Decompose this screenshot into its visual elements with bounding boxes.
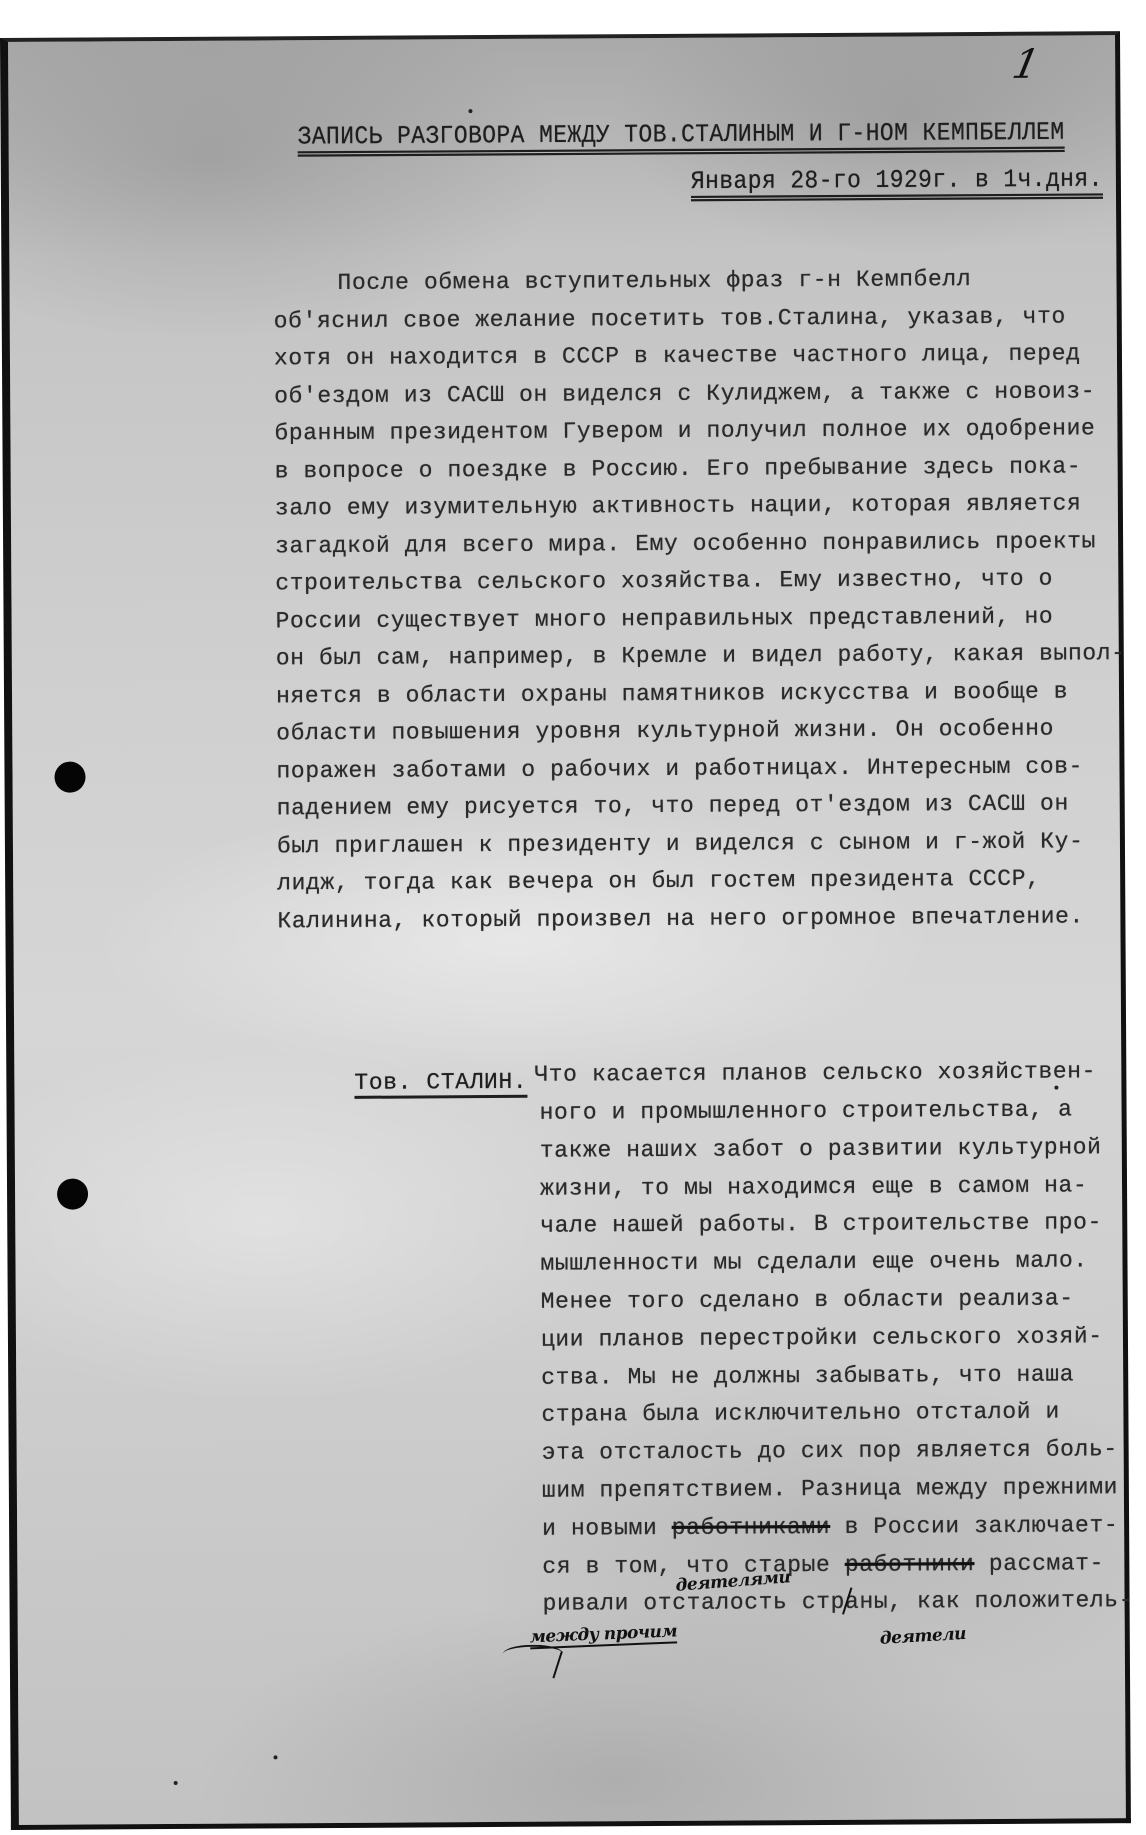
text-line: зало ему изумительную активность нации, … <box>275 485 1095 528</box>
text-fragment: и новыми <box>542 1515 672 1542</box>
text-line: был приглашен к президенту и виделся с с… <box>277 823 1097 866</box>
text-line: поражен заботами о рабочих и работницах.… <box>276 748 1096 791</box>
paper-speck <box>273 1755 277 1759</box>
paper-speck <box>174 1781 178 1785</box>
text-line: Калинина, который произвел на него огром… <box>277 898 1097 941</box>
paper-speck <box>1054 1086 1058 1090</box>
punch-hole <box>57 1178 88 1209</box>
struck-word: работниками <box>672 1514 831 1541</box>
text-line: лидж, тогда как вечера он был гостем пре… <box>277 860 1097 903</box>
text-fragment: рассмат- <box>974 1550 1104 1577</box>
text-line: Менее того сделано в области реализа- <box>541 1280 1121 1321</box>
text-line: Что касается планов сельско хозяйствен- <box>534 1053 1096 1094</box>
text-line: страна была исключительно отсталой и <box>541 1394 1121 1435</box>
text-line: хотя он находится в СССР в качестве част… <box>274 335 1094 378</box>
text-line: в вопросе о поездке в Россию. Его пребыв… <box>275 448 1095 491</box>
text-line: шим препятствием. Разница между прежними <box>542 1469 1122 1510</box>
paper-speck <box>468 109 472 113</box>
handwritten-margin-note: между прочим <box>529 1621 677 1649</box>
punch-hole <box>54 761 85 792</box>
paragraph-campbell: После обмена вступительных фраз г-н Кемп… <box>273 260 1097 940</box>
text-line: об'ездом из САСШ он виделся с Кулиджем, … <box>274 373 1094 416</box>
handwritten-stroke <box>503 1645 563 1663</box>
text-line-with-correction: и новыми работниками в России заключает- <box>542 1507 1122 1548</box>
text-line: загадкой для всего мира. Ему особенно по… <box>275 523 1095 566</box>
text-line-with-correction: ся в том, что старые работники рассмат- <box>542 1545 1122 1586</box>
document-title: ЗАПИСЬ РАЗГОВОРА МЕЖДУ ТОВ.СТАЛИНЫМ И Г-… <box>298 118 1065 157</box>
document-date: Января 28-го 1929г. в 1ч.дня. <box>691 165 1103 202</box>
folio-number: 1 <box>1008 42 1043 88</box>
text-line: чале нашей работы. В строительстве про- <box>540 1205 1120 1246</box>
text-line: России существует много неправильных пре… <box>275 598 1095 641</box>
text-fragment: в России заключает- <box>830 1512 1118 1540</box>
text-line: также наших забот о развитии культурной <box>540 1129 1120 1170</box>
text-line: области повышения уровня культурной жизн… <box>276 710 1096 753</box>
text-line: жизни, то мы находимся еще в самом на- <box>540 1167 1120 1208</box>
text-line: он был сам, например, в Кремле и видел р… <box>276 635 1096 678</box>
text-line: мышленности мы сделали еще очень мало. <box>540 1242 1120 1283</box>
document-page: 1 ЗАПИСЬ РАЗГОВОРА МЕЖДУ ТОВ.СТАЛИНЫМ И … <box>0 31 1131 1830</box>
text-line: ции планов перестройки сельского хозяй- <box>541 1318 1121 1359</box>
text-line: падением ему рисуется то, что перед от'е… <box>277 785 1097 828</box>
text-line: бранным президентом Гувером и получил по… <box>274 410 1094 453</box>
text-line: После обмена вступительных фраз г-н Кемп… <box>273 260 1093 303</box>
text-line: няется в области охраны памятников искус… <box>276 673 1096 716</box>
text-line: об'яснил свое желание посетить тов.Стали… <box>274 298 1094 341</box>
text-line: строительства сельского хозяйства. Ему и… <box>275 560 1095 603</box>
handwritten-insertion: деятели <box>879 1624 966 1649</box>
speaker-label: Тов. СТАЛИН. <box>354 1069 527 1099</box>
text-line: эта отсталость до сих пор является боль- <box>542 1431 1122 1472</box>
paragraph-stalin: ного и промышленного строительства, а та… <box>539 1091 1122 1624</box>
text-line: ства. Мы не должны забывать, что наша <box>541 1356 1121 1397</box>
text-line: ного и промышленного строительства, а <box>539 1091 1119 1132</box>
struck-word: работники <box>845 1551 975 1578</box>
